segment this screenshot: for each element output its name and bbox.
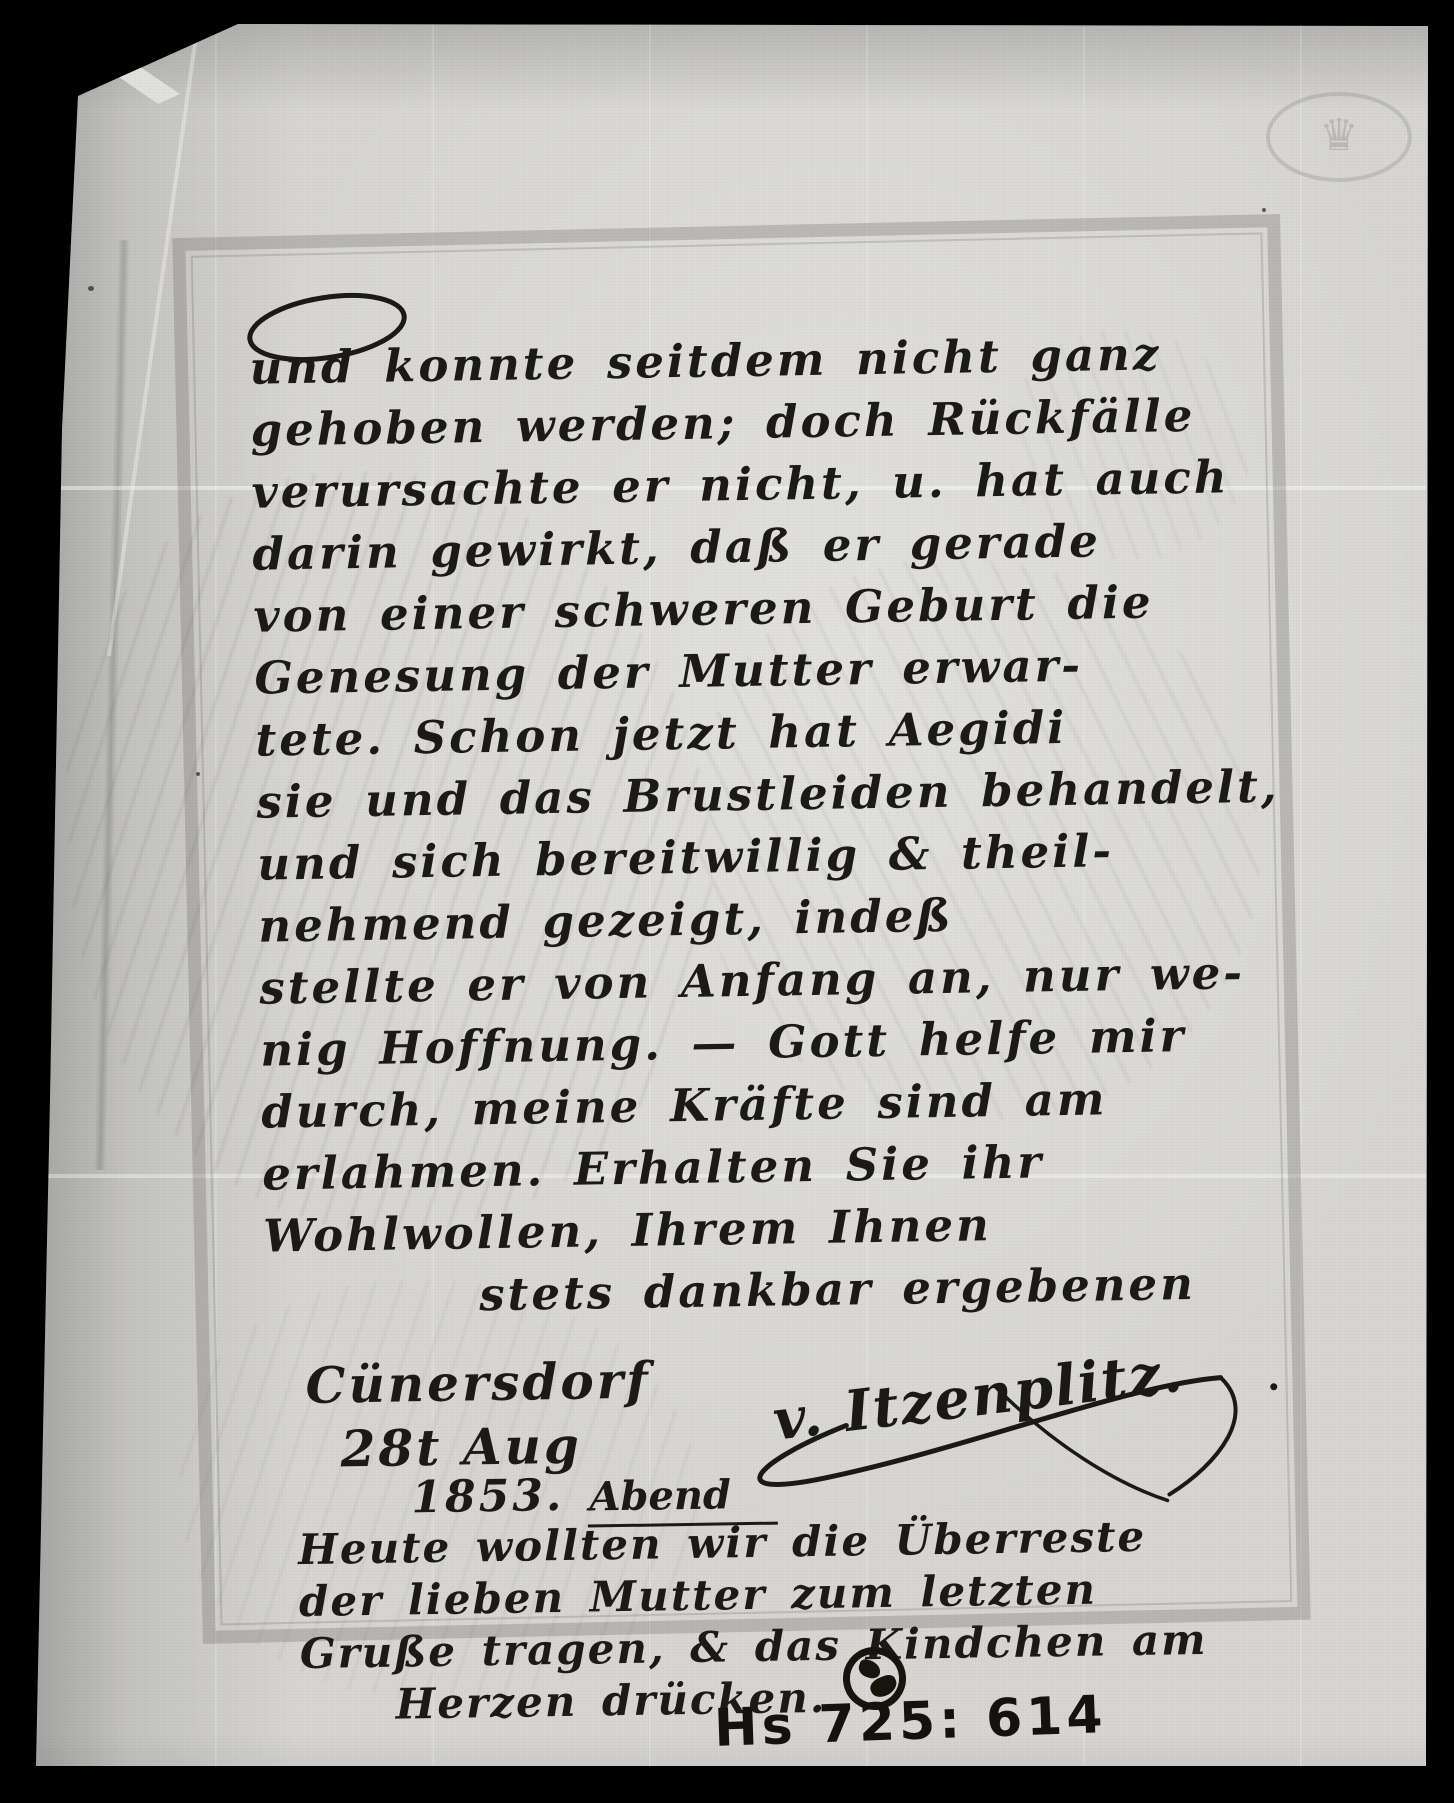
scanned-letter-page: ♛ und konnte seitdem nicht ganz gehoben … (0, 0, 1454, 1803)
paper-sheet: ♛ und konnte seitdem nicht ganz gehoben … (0, 0, 1454, 1803)
handwriting-line: stets dankbar ergebenen (479, 1252, 1288, 1327)
letter-body: und konnte seitdem nicht ganz gehoben we… (249, 322, 1288, 1330)
closing-date-day: 28t Aug (340, 1416, 582, 1479)
handwriting-layer: und konnte seitdem nicht ganz gehoben we… (0, 0, 1454, 1803)
closing-date-year: 1853. (411, 1470, 565, 1523)
signature-flourish-icon: v. Itzenplitz. (695, 1320, 1298, 1529)
closing-place: Cünersdorf (305, 1351, 651, 1415)
